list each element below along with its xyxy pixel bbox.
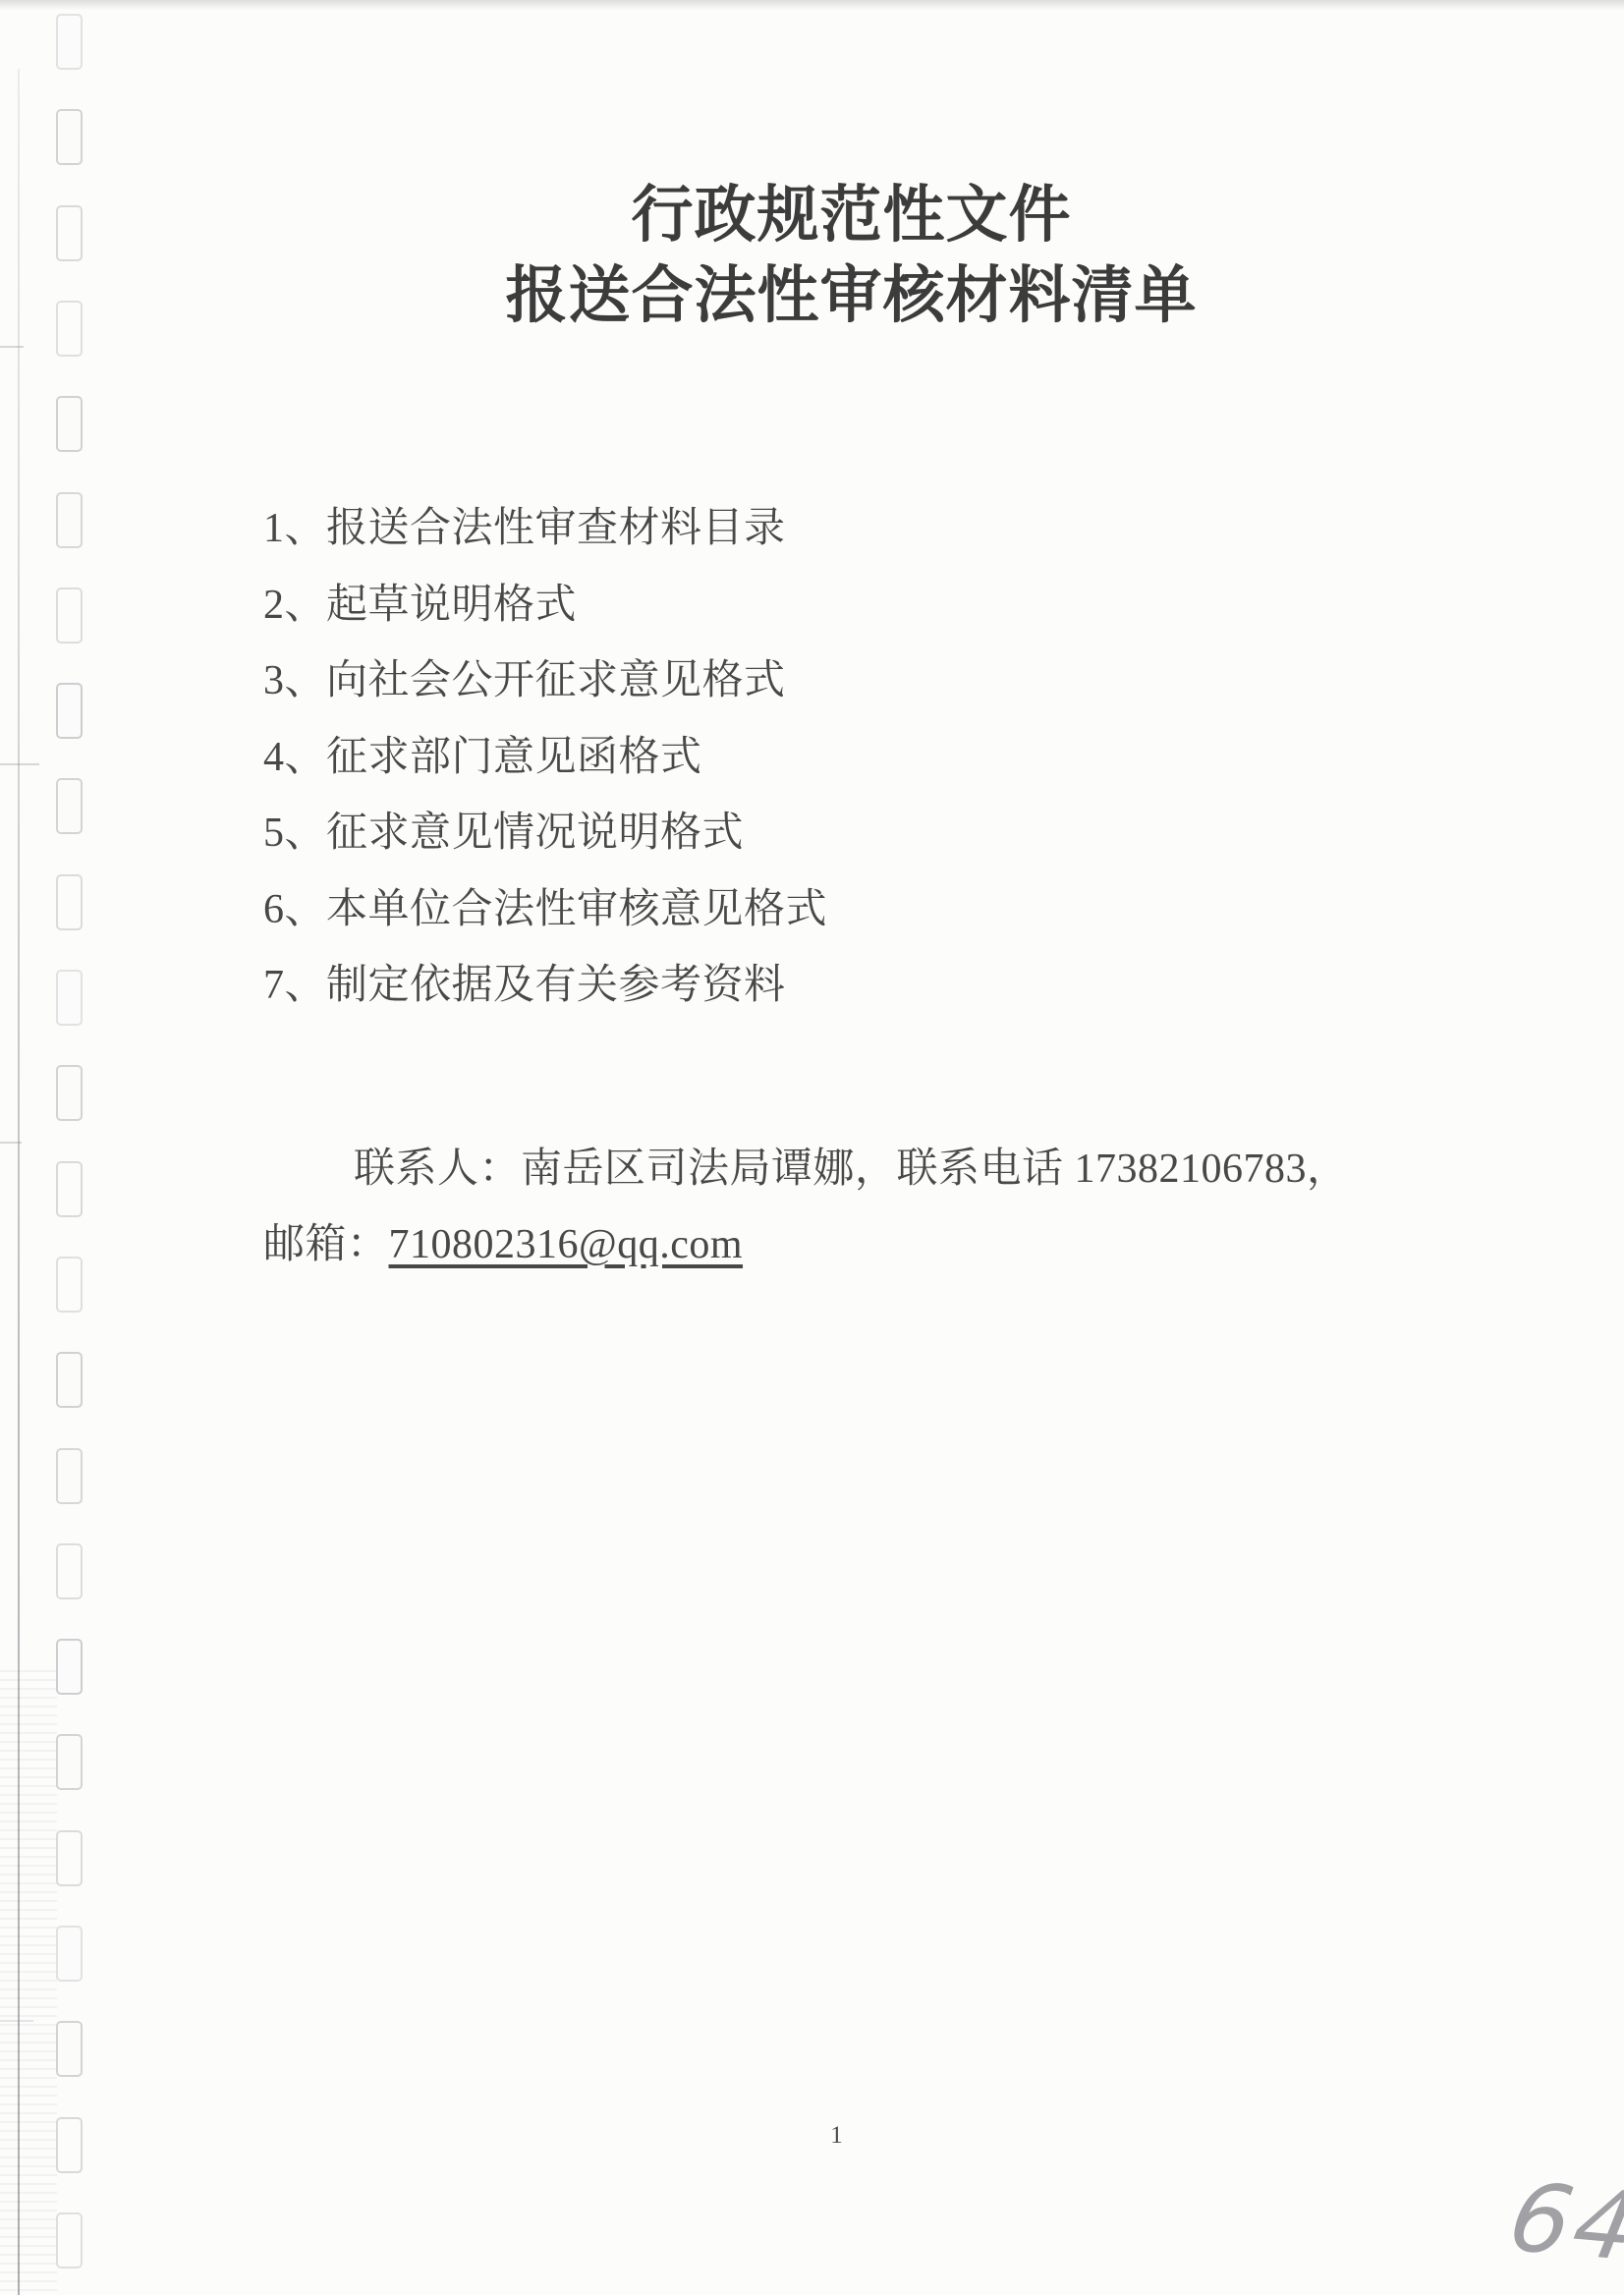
document-title-line2: 报送合法性审核材料清单 (39, 255, 1624, 336)
list-item: 5、征求意见情况说明格式 (263, 796, 827, 872)
contact-block: 联系人：南岳区司法局谭娜，联系电话 17382106783， 邮箱：710802… (263, 1132, 1349, 1283)
materials-list: 1、报送合法性审查材料目录 2、起草说明格式 3、向社会公开征求意见格式 4、征… (263, 491, 827, 1025)
email-address: 710802316@qq.com (389, 1222, 744, 1267)
scan-streak (0, 346, 24, 348)
punch-hole (56, 1926, 83, 1982)
punch-hole (56, 1161, 83, 1217)
scan-streak (0, 2020, 33, 2022)
list-item: 2、起草说明格式 (263, 568, 827, 644)
punch-hole (56, 874, 83, 930)
punch-hole (56, 970, 83, 1026)
punch-hole (56, 1257, 83, 1313)
scan-streak (0, 1142, 22, 1144)
contact-line2: 邮箱：710802316@qq.com (263, 1207, 1349, 1283)
punch-hole (56, 492, 83, 548)
punch-hole (56, 1065, 83, 1121)
punch-hole (56, 1543, 83, 1599)
punch-hole (56, 2021, 83, 2077)
punch-hole (56, 778, 83, 834)
punch-hole (56, 396, 83, 452)
scanned-document-page: 行政规范性文件 报送合法性审核材料清单 1、报送合法性审查材料目录 2、起草说明… (0, 0, 1624, 2295)
list-item: 6、本单位合法性审核意见格式 (263, 872, 827, 949)
punch-hole (56, 1830, 83, 1886)
scan-streak (0, 763, 39, 765)
list-item: 1、报送合法性审查材料目录 (263, 491, 827, 568)
document-title: 行政规范性文件 报送合法性审核材料清单 (39, 175, 1624, 336)
punch-hole (56, 588, 83, 644)
list-item: 7、制定依据及有关参考资料 (263, 948, 827, 1025)
list-item: 3、向社会公开征求意见格式 (263, 644, 827, 720)
scan-top-edge-shadow (0, 0, 1624, 10)
punch-hole (56, 1448, 83, 1504)
email-label: 邮箱： (263, 1222, 389, 1267)
contact-line1-text: 联系人：南岳区司法局谭娜，联系电话 17382106783， (354, 1147, 1349, 1192)
punch-hole (56, 109, 83, 165)
punch-hole (56, 1639, 83, 1695)
punch-hole (56, 14, 83, 70)
contact-line1: 联系人：南岳区司法局谭娜，联系电话 17382106783， (263, 1132, 1349, 1207)
punch-hole (56, 1734, 83, 1790)
page-number: 1 (25, 2122, 1624, 2150)
punch-hole (56, 1352, 83, 1408)
scan-noise-band (0, 1670, 57, 2295)
punch-hole (56, 683, 83, 739)
punch-hole (56, 2212, 83, 2268)
document-title-line1: 行政规范性文件 (39, 175, 1624, 255)
list-item: 4、征求部门意见函格式 (263, 720, 827, 797)
handwritten-page-number: 64 (1501, 2162, 1624, 2282)
